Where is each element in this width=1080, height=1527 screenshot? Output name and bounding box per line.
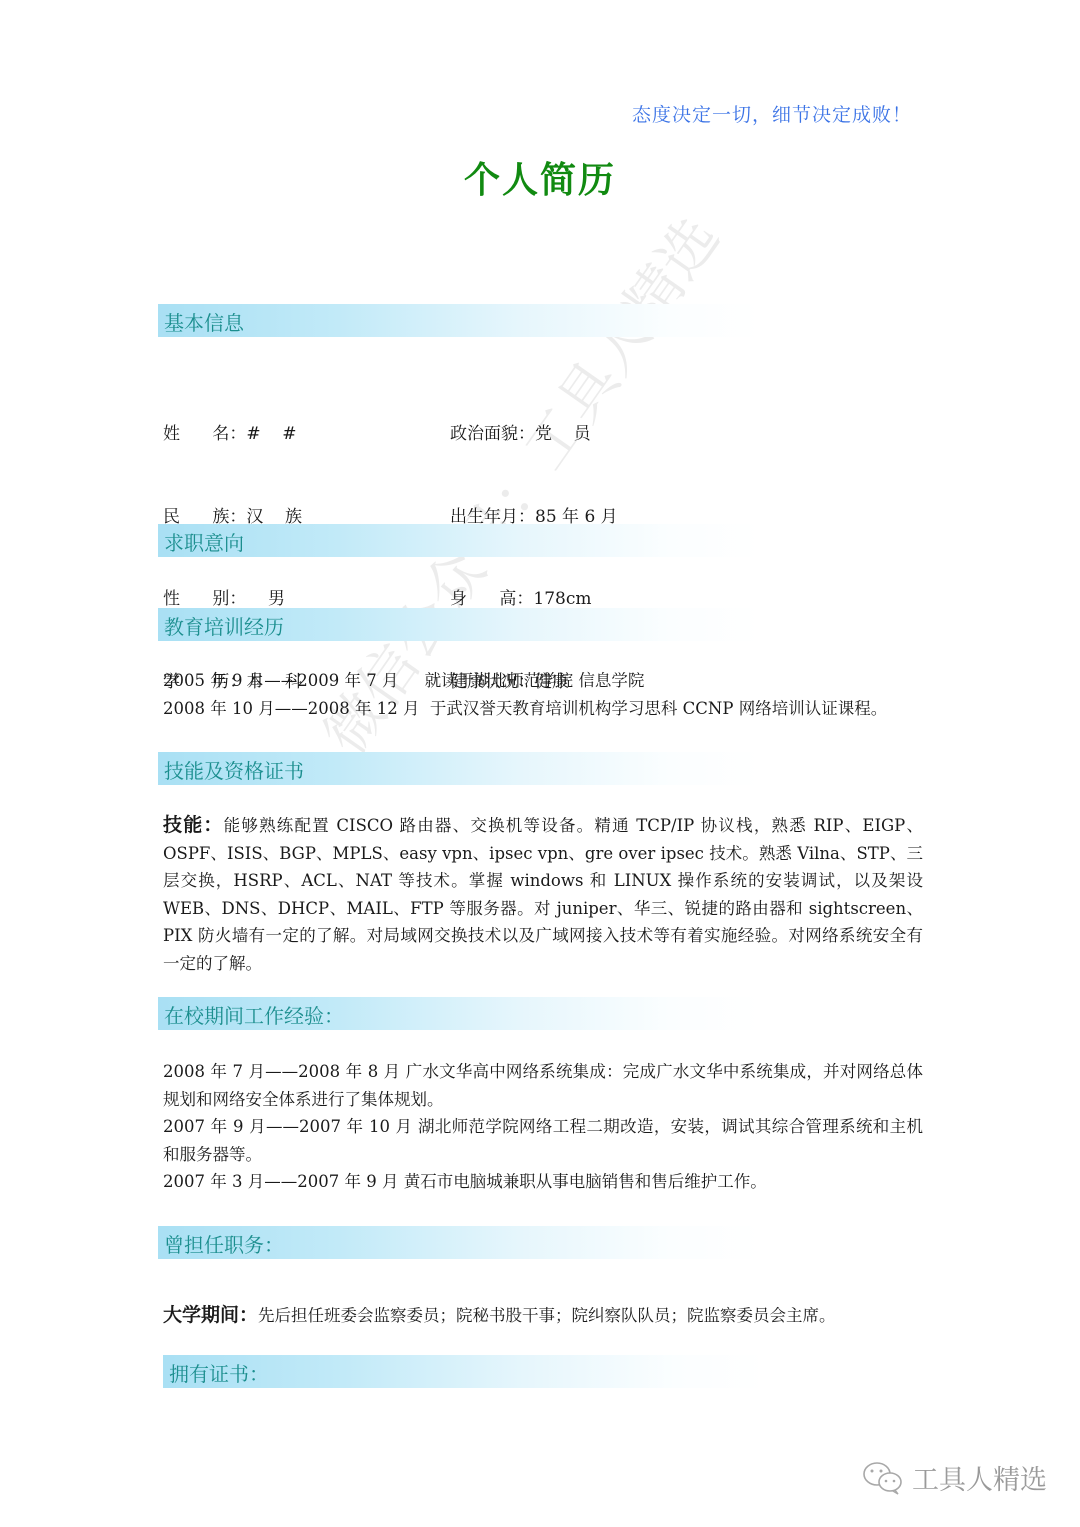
motto: 态度决定一切，细节决定成败！ — [560, 100, 912, 127]
positions-label: 大学期间： — [163, 1304, 258, 1326]
basic-info-left: 姓 名：# # 民 族：汉 族 性 别： 男 学 历：本 科 电子邮件： — [163, 366, 302, 806]
skills-label: 技能： — [163, 814, 224, 836]
section-header-positions: 曾担任职务： — [158, 1226, 760, 1259]
footer-brand-name: 工具人精选 — [912, 1458, 1047, 1497]
page-title: 个人简历 — [0, 152, 1080, 203]
footer-brand: 工具人精选 — [862, 1458, 1047, 1497]
wechat-icon — [862, 1461, 904, 1495]
section-header-education: 教育培训经历 — [158, 608, 760, 641]
work-item: 2007 年 3 月——2007 年 9 月 黄石市电脑城兼职从事电脑销售和售后… — [163, 1168, 923, 1196]
work-item: 2007 年 9 月——2007 年 10 月 湖北师范学院网络工程二期改造，安… — [163, 1113, 923, 1168]
basic-info-right: 政治面貌：党 员 出生年月：85 年 6 月 身 高：178cm 健康状况：健康… — [450, 366, 743, 806]
work-list: 2008 年 7 月——2008 年 8 月 广水文华高中网络系统集成：完成广水… — [163, 1058, 923, 1196]
skills-paragraph: 技能：能够熟练配置 CISCO 路由器、交换机等设备。精通 TCP/IP 协议栈… — [163, 812, 923, 977]
field-name: 姓 名：# # — [163, 421, 302, 449]
section-header-basic: 基本信息 — [158, 304, 760, 337]
section-header-intent: 求职意向 — [158, 524, 760, 557]
section-header-work: 在校期间工作经验： — [158, 997, 760, 1030]
education-item: 2008 年 10 月——2008 年 12 月 于武汉誉天教育培训机构学习思科… — [163, 695, 923, 723]
field-political-status: 政治面貌：党 员 — [450, 421, 743, 449]
work-item: 2008 年 7 月——2008 年 8 月 广水文华高中网络系统集成：完成广水… — [163, 1058, 923, 1113]
skills-text: 能够熟练配置 CISCO 路由器、交换机等设备。精通 TCP/IP 协议栈，熟悉… — [163, 816, 923, 973]
education-item: 2005 年 9 月——2009 年 7 月 就读于湖北师范学院 信息学院 — [163, 667, 923, 695]
section-header-certificates: 拥有证书： — [163, 1355, 765, 1388]
education-list: 2005 年 9 月——2009 年 7 月 就读于湖北师范学院 信息学院 20… — [163, 667, 923, 722]
section-header-skills: 技能及资格证书 — [158, 752, 760, 785]
positions-text: 先后担任班委会监察委员；院秘书股干事；院纠察队队员；院监察委员会主席。 — [258, 1306, 836, 1325]
positions-paragraph: 大学期间：先后担任班委会监察委员；院秘书股干事；院纠察队队员；院监察委员会主席。 — [163, 1302, 923, 1330]
